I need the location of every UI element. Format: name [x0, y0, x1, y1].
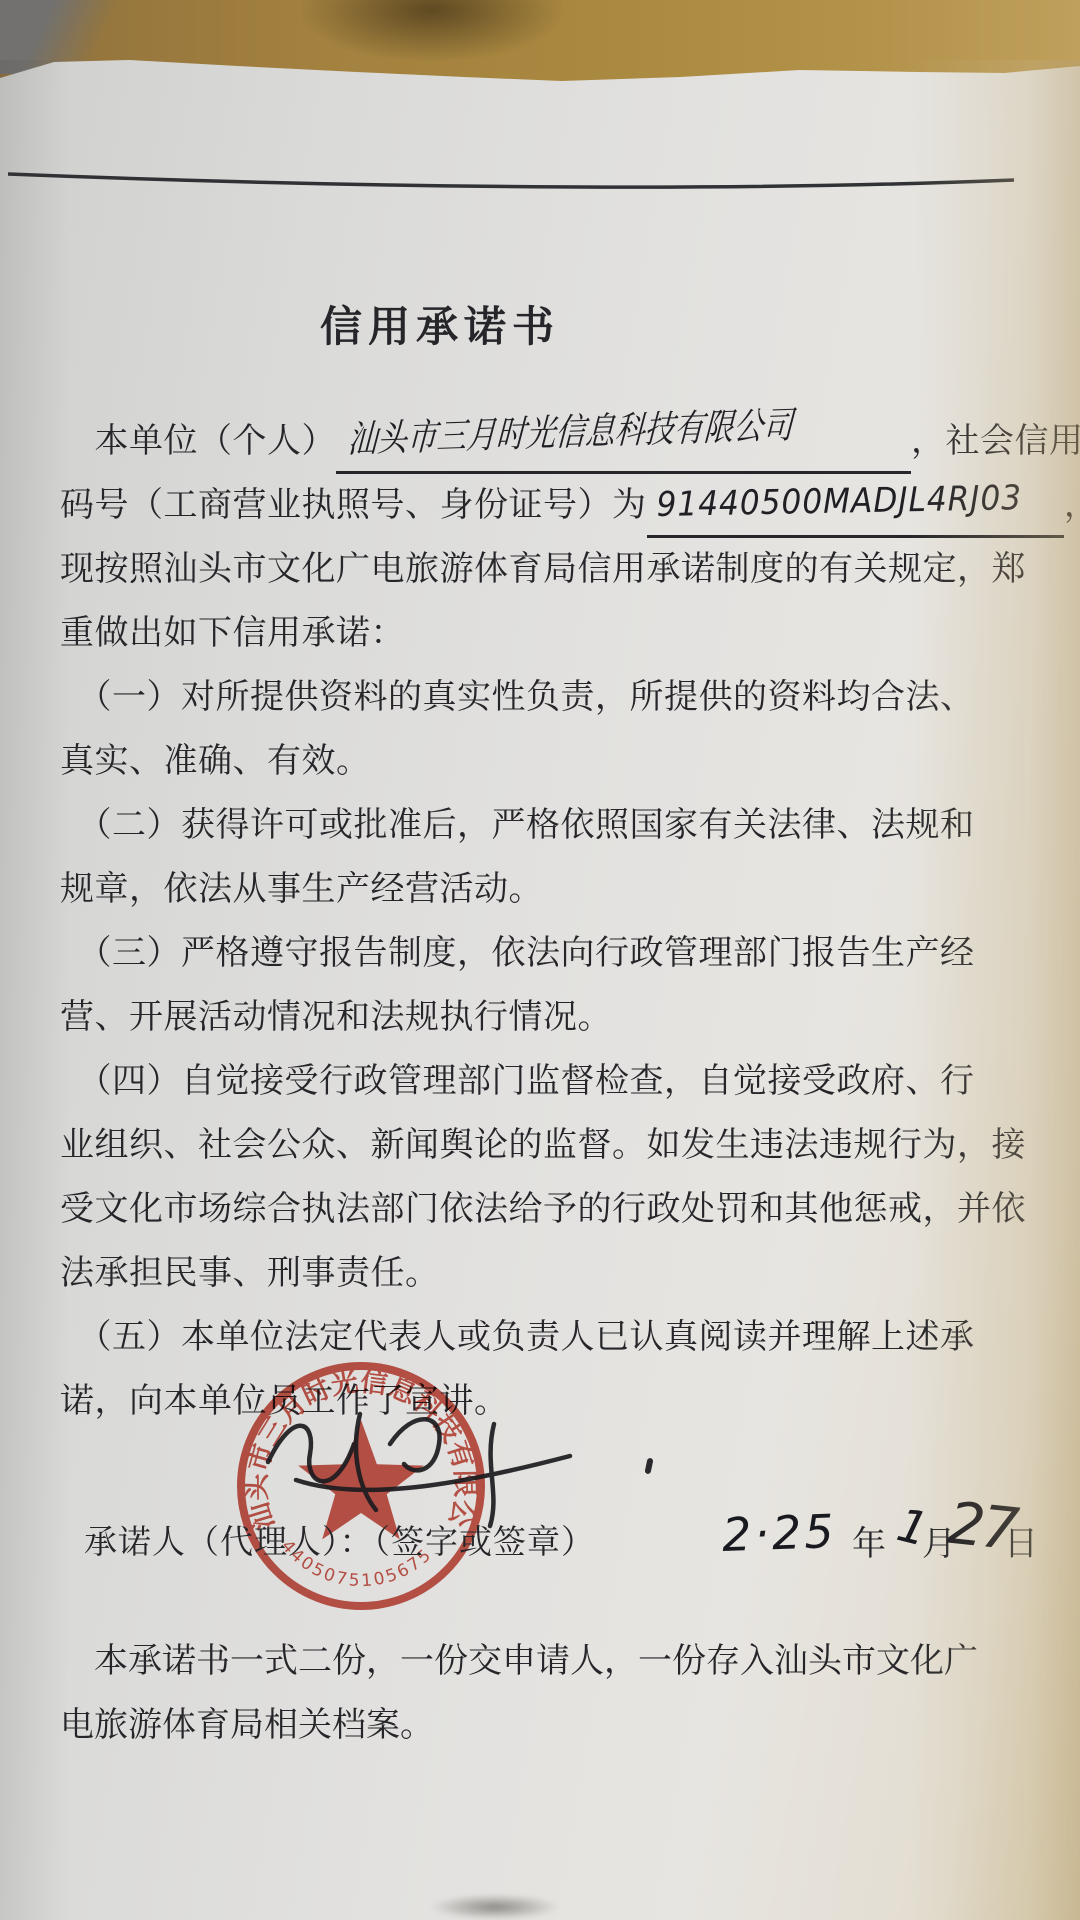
photographed-document: 信用承诺书 本单位（个人）汕头市三月时光信息科技有限公司，社会信用代码号（工商营…: [0, 0, 1080, 1920]
printed-text: （五）本单位法定代表人或负责人已认真阅读并理解上述承: [60, 1319, 975, 1356]
printed-text: （二）获得许可或批准后，严格依照国家有关法律、法规和: [60, 807, 975, 844]
body-line: 受文化市场综合执法部门依法给予的行政处罚和其他惩戒，并依: [60, 1178, 1040, 1242]
body-line: （四）自觉接受行政管理部门监督检查，自觉接受政府、行: [60, 1050, 1040, 1114]
printed-text: （一）对所提供资料的真实性负责，所提供的资料均合法、: [60, 679, 975, 716]
left-edge-shade: [0, 60, 70, 1920]
printed-text: 码号（工商营业执照号、身份证号）为: [60, 487, 647, 524]
printed-text: 法承担民事、刑事责任。: [60, 1255, 440, 1292]
closing-paragraph: 本承诺书一式二份，一份交申请人，一份存入汕头市文化广电旅游体育局相关档案。: [60, 1630, 1040, 1758]
body-line: 规章，依法从事生产经营活动。: [60, 858, 1040, 922]
closing-line: 电旅游体育局相关档案。: [60, 1694, 1040, 1758]
printed-text: （四）自觉接受行政管理部门监督检查，自觉接受政府、行: [60, 1063, 975, 1100]
closing-line: 本承诺书一式二份，一份交申请人，一份存入汕头市文化广: [60, 1630, 1040, 1694]
body-line: 营、开展活动情况和法规执行情况。: [60, 986, 1040, 1050]
body-line: 现按照汕头市文化广电旅游体育局信用承诺制度的有关规定，郑: [60, 538, 1040, 602]
printed-text: （三）严格遵守报告制度，依法向行政管理部门报告生产经: [60, 935, 975, 972]
body-line: 业组织、社会公众、新闻舆论的监督。如发生违法违规行为，接: [60, 1114, 1040, 1178]
printed-text: 重做出如下信用承诺：: [60, 615, 405, 652]
printed-text: 本单位（个人）: [60, 423, 336, 460]
bottom-smudge: [430, 1894, 560, 1920]
printed-text: 受文化市场综合执法部门依法给予的行政处罚和其他惩戒，并依: [60, 1191, 1026, 1228]
year-label: 年: [852, 1516, 886, 1565]
printed-text: 现按照汕头市文化广电旅游体育局信用承诺制度的有关规定，郑: [60, 551, 1026, 588]
body-line: 重做出如下信用承诺：: [60, 602, 1040, 666]
body-line: （二）获得许可或批准后，严格依照国家有关法律、法规和: [60, 794, 1040, 858]
body-line: （五）本单位法定代表人或负责人已认真阅读并理解上述承: [60, 1306, 1040, 1370]
handwritten-year: 2·25: [721, 1504, 837, 1562]
body-line: 真实、准确、有效。: [60, 730, 1040, 794]
printed-text: 业组织、社会公众、新闻舆论的监督。如发生违法违规行为，接: [60, 1127, 1026, 1164]
body-line: 码号（工商营业执照号、身份证号）为91440500MADJL4RJ03，: [60, 474, 1040, 538]
body-line: （三）严格遵守报告制度，依法向行政管理部门报告生产经: [60, 922, 1040, 986]
body-line: （一）对所提供资料的真实性负责，所提供的资料均合法、: [60, 666, 1040, 730]
body-line: 法承担民事、刑事责任。: [60, 1242, 1040, 1306]
right-edge-shade: [910, 60, 1080, 1920]
signer-label: 承诺人（代理人）：（签字或签章）: [84, 1516, 595, 1563]
document-body: 本单位（个人）汕头市三月时光信息科技有限公司，社会信用代码号（工商营业执照号、身…: [60, 410, 1040, 1434]
printed-text: 真实、准确、有效。: [60, 743, 371, 780]
handwritten-company-name: 汕头市三月时光信息科技有限公司: [336, 411, 911, 474]
printed-text: 营、开展活动情况和法规执行情况。: [60, 999, 612, 1036]
body-line: 本单位（个人）汕头市三月时光信息科技有限公司，社会信用代: [60, 410, 1040, 474]
printed-text: 规章，依法从事生产经营活动。: [60, 871, 543, 908]
document-title: 信用承诺书: [60, 294, 820, 354]
